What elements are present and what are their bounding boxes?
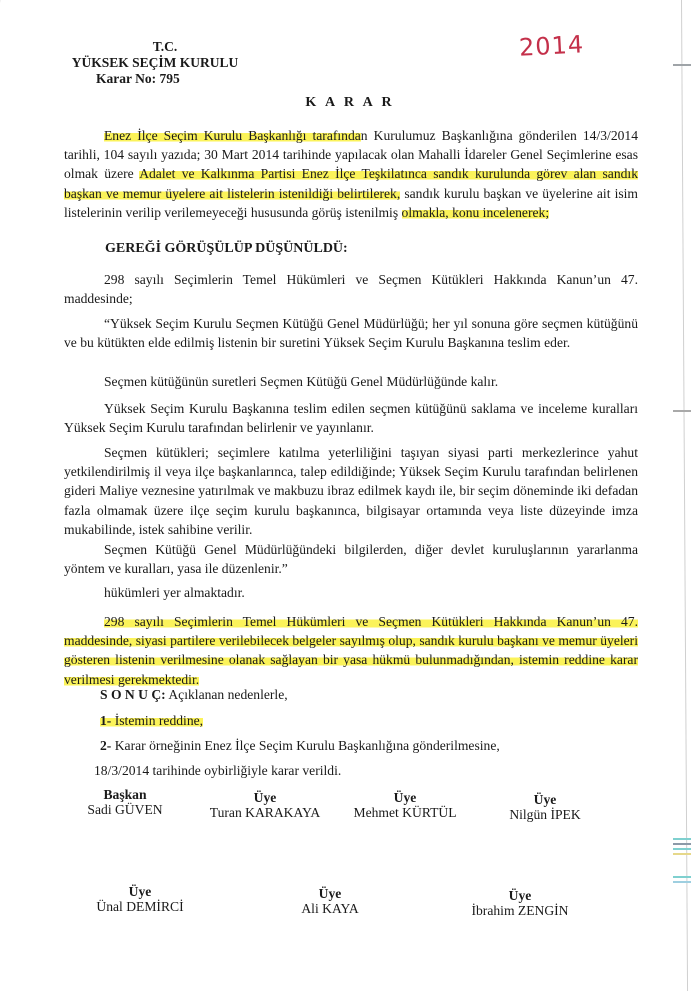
scan-mark bbox=[673, 64, 691, 66]
paragraph-text: Seçmen kütüğünün suretleri Seçmen Kütüğü… bbox=[104, 374, 498, 389]
decision-item-2: 2- Karar örneğinin Enez İlçe Seçim Kurul… bbox=[100, 737, 500, 755]
paragraph-text: hükümleri yer almaktadır. bbox=[104, 585, 245, 600]
quote-paragraph: Seçmen Kütüğü Genel Müdürlüğündeki bilgi… bbox=[64, 540, 638, 578]
highlighted-text: olmakla, konu incelenerek; bbox=[402, 205, 550, 220]
quote-paragraph: Seçmen kütüğünün suretleri Seçmen Kütüğü… bbox=[64, 372, 638, 391]
signature-role: Üye bbox=[340, 790, 470, 805]
signature-role: Üye bbox=[280, 886, 380, 901]
scan-mark bbox=[673, 848, 691, 850]
body-paragraph: 298 sayılı Seçimlerin Temel Hükümleri ve… bbox=[64, 270, 638, 308]
item-number: 1- bbox=[100, 713, 111, 728]
decision-date-line: 18/3/2014 tarihinde oybirliğiyle karar v… bbox=[94, 762, 341, 780]
section-heading: GEREĞİ GÖRÜŞÜLÜP DÜŞÜNÜLDÜ: bbox=[105, 241, 348, 257]
signature-block: Üye Nilgün İPEK bbox=[490, 792, 600, 822]
signature-name: İbrahim ZENGİN bbox=[460, 903, 580, 918]
body-paragraph: hükümleri yer almaktadır. bbox=[64, 583, 638, 602]
result-line: S O N U Ç: Açıklanan nedenlerle, bbox=[100, 686, 288, 704]
signature-role: Üye bbox=[85, 884, 195, 899]
conclusion-paragraph: 298 sayılı Seçimlerin Temel Hükümleri ve… bbox=[64, 612, 638, 689]
quote-paragraph: Seçmen kütükleri; seçimlere katılma yete… bbox=[64, 443, 638, 539]
signature-name: Nilgün İPEK bbox=[490, 807, 600, 822]
item-text: İstemin reddine, bbox=[111, 713, 203, 728]
intro-paragraph: Enez İlçe Seçim Kurulu Başkanlığı tarafı… bbox=[64, 126, 638, 222]
scan-mark bbox=[673, 881, 691, 883]
scan-mark bbox=[673, 410, 691, 412]
document-page: T.C. YÜKSEK SEÇİM KURULU Karar No: 795 2… bbox=[0, 0, 700, 991]
signature-role: Üye bbox=[460, 888, 580, 903]
signature-name: Sadi GÜVEN bbox=[70, 802, 180, 817]
header-institution: YÜKSEK SEÇİM KURULU bbox=[60, 55, 250, 71]
scan-mark bbox=[673, 853, 691, 855]
signature-name: Turan KARAKAYA bbox=[200, 805, 330, 820]
scan-mark bbox=[673, 838, 691, 840]
signature-role: Başkan bbox=[70, 787, 180, 802]
signature-block: Üye Ünal DEMİRCİ bbox=[85, 884, 195, 914]
signature-block: Üye Mehmet KÜRTÜL bbox=[340, 790, 470, 820]
scan-mark bbox=[673, 843, 691, 845]
paragraph-text: Yüksek Seçim Kurulu Başkanına teslim edi… bbox=[64, 401, 638, 435]
paragraph-text: Seçmen Kütüğü Genel Müdürlüğündeki bilgi… bbox=[64, 542, 638, 576]
decision-item-1: 1- İstemin reddine, bbox=[100, 712, 203, 730]
signature-block: Başkan Sadi GÜVEN bbox=[70, 787, 180, 817]
signature-block: Üye İbrahim ZENGİN bbox=[460, 888, 580, 918]
paragraph-text: “Yüksek Seçim Kurulu Seçmen Kütüğü Genel… bbox=[64, 316, 638, 350]
scan-mark bbox=[673, 876, 691, 878]
quote-paragraph: Yüksek Seçim Kurulu Başkanına teslim edi… bbox=[64, 399, 638, 437]
handwritten-year-note: 2014 bbox=[518, 30, 584, 61]
item-number: 2- bbox=[100, 738, 111, 753]
highlighted-text: Enez İlçe Seçim Kurulu Başkanlığı tarafı… bbox=[104, 128, 361, 143]
item-text: Karar örneğinin Enez İlçe Seçim Kurulu B… bbox=[111, 738, 499, 753]
signature-name: Ali KAYA bbox=[280, 901, 380, 916]
highlighted-text: 298 sayılı Seçimlerin Temel Hükümleri ve… bbox=[64, 614, 638, 687]
document-title: K A R A R bbox=[0, 95, 700, 111]
quote-paragraph: “Yüksek Seçim Kurulu Seçmen Kütüğü Genel… bbox=[64, 314, 638, 352]
result-text: Açıklanan nedenlerle, bbox=[166, 687, 288, 702]
paragraph-text: Seçmen kütükleri; seçimlere katılma yete… bbox=[64, 445, 638, 537]
signature-name: Mehmet KÜRTÜL bbox=[340, 805, 470, 820]
document-header: T.C. YÜKSEK SEÇİM KURULU Karar No: 795 bbox=[60, 39, 250, 87]
signature-name: Ünal DEMİRCİ bbox=[85, 899, 195, 914]
signature-block: Üye Turan KARAKAYA bbox=[200, 790, 330, 820]
header-tc: T.C. bbox=[60, 39, 250, 55]
signature-role: Üye bbox=[200, 790, 330, 805]
decision-number: Karar No: 795 bbox=[60, 71, 250, 87]
paragraph-text: 298 sayılı Seçimlerin Temel Hükümleri ve… bbox=[64, 272, 638, 306]
result-label: S O N U Ç: bbox=[100, 687, 166, 702]
signature-role: Üye bbox=[490, 792, 600, 807]
signature-block: Üye Ali KAYA bbox=[280, 886, 380, 916]
